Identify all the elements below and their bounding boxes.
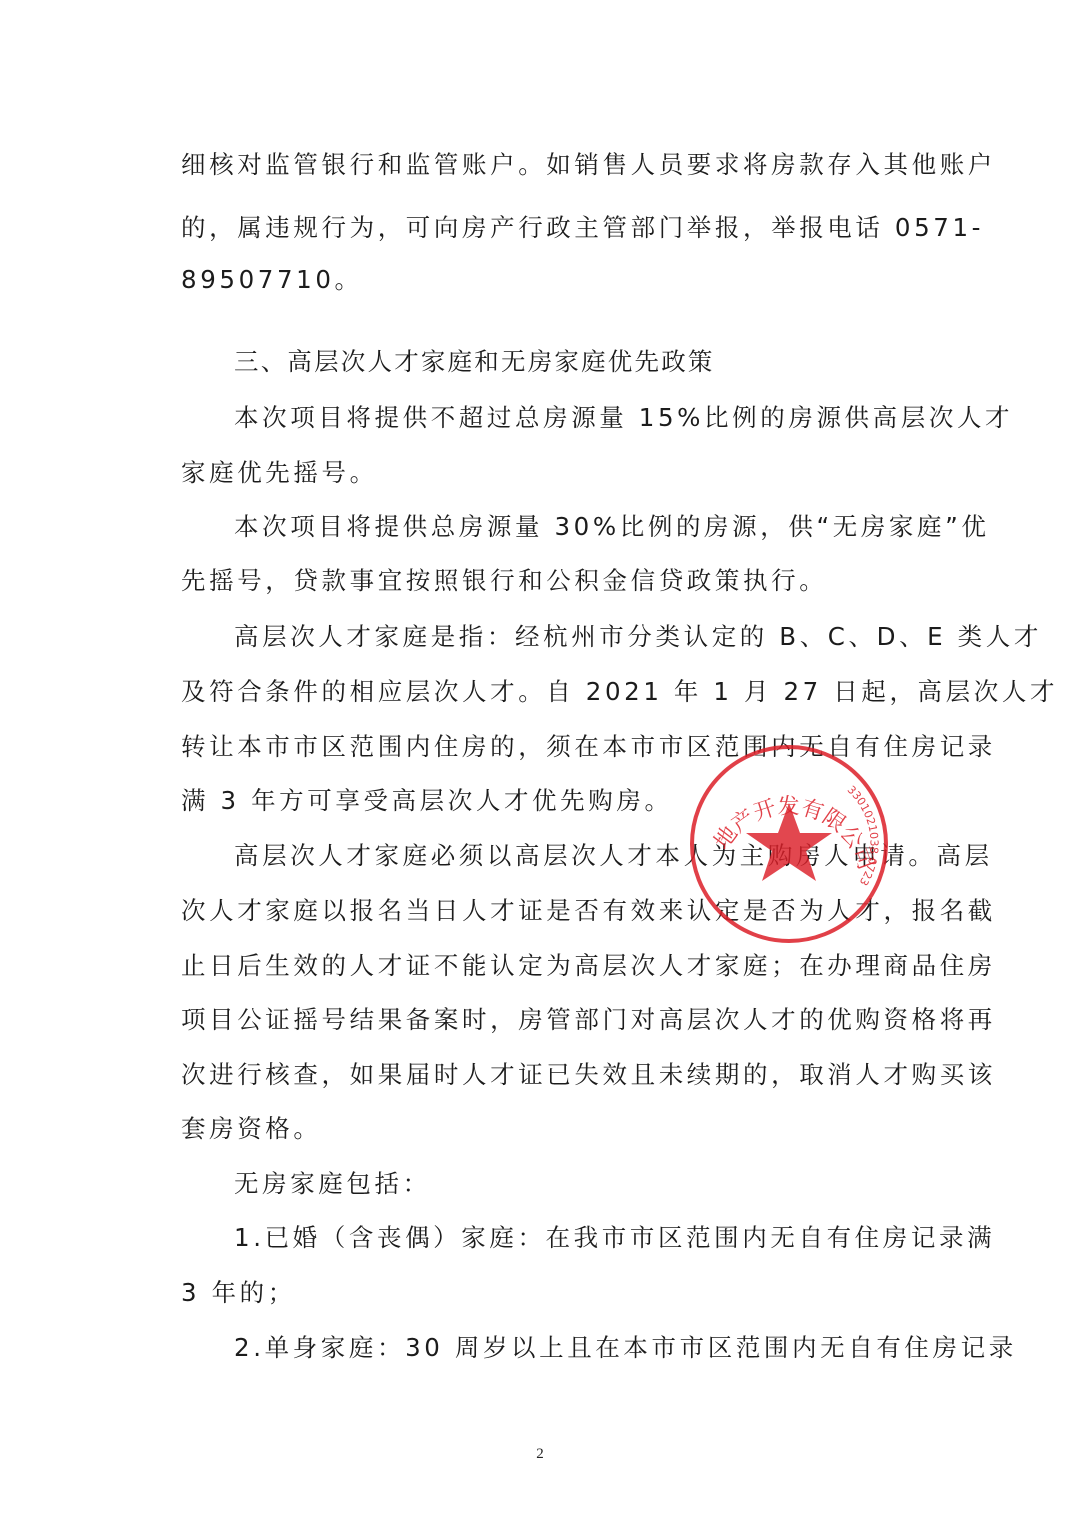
text-line: 次进行核查，如果届时人才证已失效且未续期的，取消人才购买该 bbox=[181, 1059, 941, 1091]
text-line: 先摇号，贷款事宜按照银行和公积金信贷政策执行。 bbox=[181, 565, 941, 597]
text-line: 满 3 年方可享受高层次人才优先购房。 bbox=[181, 785, 941, 817]
text-line: 本次项目将提供不超过总房源量 15%比例的房源供高层次人才 bbox=[234, 402, 941, 434]
text-line: 3 年的； bbox=[181, 1277, 941, 1309]
text-line: 止日后生效的人才证不能认定为高层次人才家庭；在办理商品住房 bbox=[181, 950, 941, 982]
text-line: 高层次人才家庭必须以高层次人才本人为主购房人申请。高层 bbox=[234, 840, 941, 872]
text-line: 无房家庭包括： bbox=[234, 1168, 941, 1200]
text-line: 次人才家庭以报名当日人才证是否有效来认定是否为人才，报名截 bbox=[181, 895, 941, 927]
text-line: 1.已婚（含丧偶）家庭：在我市市区范围内无自有住房记录满 bbox=[234, 1222, 941, 1254]
section-heading: 三、高层次人才家庭和无房家庭优先政策 bbox=[234, 346, 941, 378]
page-number: 2 bbox=[0, 1446, 1080, 1463]
text-line: 细核对监管银行和监管账户。如销售人员要求将房款存入其他账户 bbox=[181, 149, 941, 181]
text-line: 的，属违规行为，可向房产行政主管部门举报，举报电话 0571- bbox=[181, 212, 941, 244]
text-line: 转让本市市区范围内住房的，须在本市市区范围内无自有住房记录 bbox=[181, 731, 941, 763]
text-line: 套房资格。 bbox=[181, 1113, 941, 1145]
text-line: 89507710。 bbox=[181, 264, 941, 296]
text-line: 高层次人才家庭是指：经杭州市分类认定的 B、C、D、E 类人才 bbox=[234, 621, 941, 653]
document-page: 细核对监管银行和监管账户。如销售人员要求将房款存入其他账户 的，属违规行为，可向… bbox=[0, 0, 1080, 1528]
text-line: 2.单身家庭：30 周岁以上且在本市市区范围内无自有住房记录 bbox=[234, 1332, 941, 1364]
text-line: 及符合条件的相应层次人才。自 2021 年 1 月 27 日起，高层次人才 bbox=[181, 676, 941, 708]
text-line: 项目公证摇号结果备案时，房管部门对高层次人才的优购资格将再 bbox=[181, 1004, 941, 1036]
text-line: 本次项目将提供总房源量 30%比例的房源，供“无房家庭”优 bbox=[234, 511, 941, 543]
text-line: 家庭优先摇号。 bbox=[181, 457, 941, 489]
